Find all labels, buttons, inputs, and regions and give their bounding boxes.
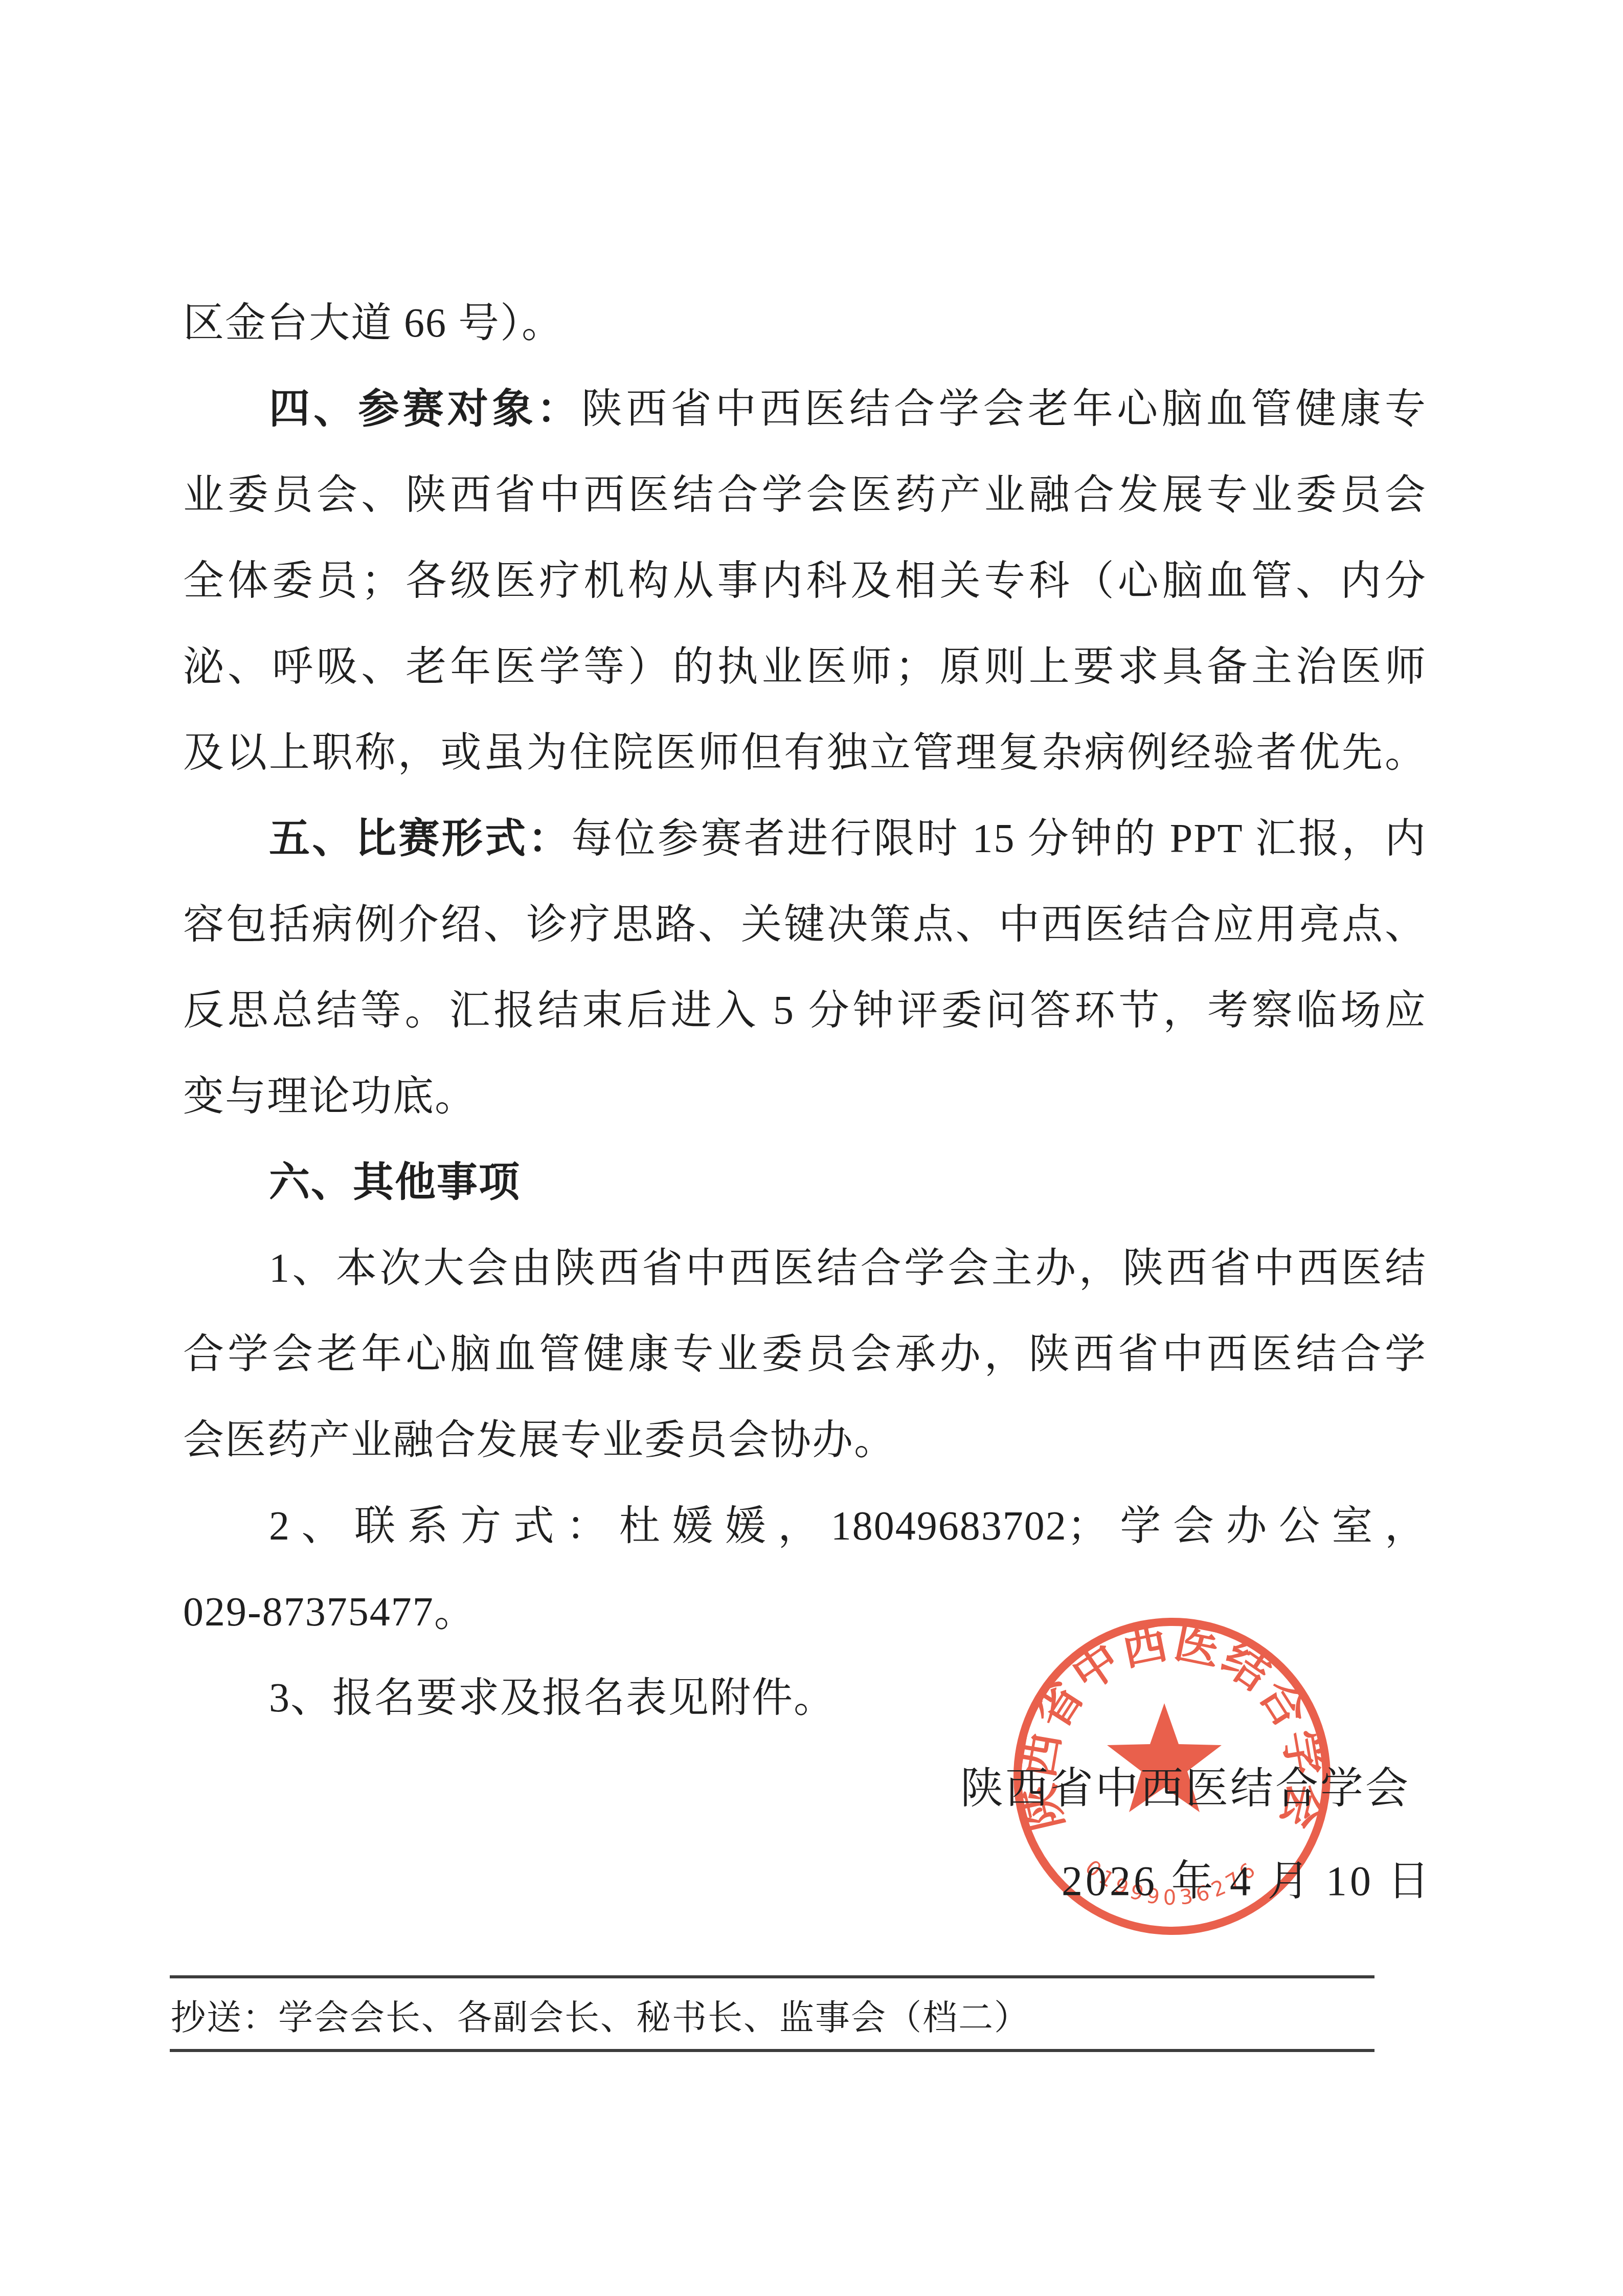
- line-text: 变与理论功底。: [183, 1074, 477, 1119]
- line-text: 全体委员；各级医疗机构从事内科及相关专科（心脑血管、内分: [183, 559, 1427, 604]
- line-text: 区金台大道 66 号）。: [183, 301, 563, 346]
- body-line: 六、其他事项: [183, 1140, 1427, 1225]
- body-line: 容包括病例介绍、诊疗思路、关键决策点、中西医结合应用亮点、: [183, 882, 1427, 968]
- line-text: 2、联系方式：杜媛媛，18049683702；学会办公室，: [269, 1504, 1427, 1549]
- body-line: 会医药产业融合发展专业委员会协办。: [183, 1397, 1427, 1483]
- body-line: 泌、呼吸、老年医学等）的执业医师；原则上要求具备主治医师: [183, 624, 1427, 710]
- section-heading: 六、其他事项: [269, 1160, 521, 1205]
- body-line: 业委员会、陕西省中西医结合学会医药产业融合发展专业委员会: [183, 452, 1427, 538]
- body-line: 区金台大道 66 号）。: [183, 280, 1427, 366]
- body-line: 反思总结等。汇报结束后进入 5 分钟评委问答环节，考察临场应: [183, 968, 1427, 1054]
- footer-divider-top: [170, 1975, 1374, 1978]
- line-text: 泌、呼吸、老年医学等）的执业医师；原则上要求具备主治医师: [183, 644, 1427, 689]
- body-line: 合学会老年心脑血管健康专业委员会承办，陕西省中西医结合学: [183, 1311, 1427, 1397]
- body-line: 四、参赛对象：陕西省中西医结合学会老年心脑血管健康专: [183, 366, 1427, 452]
- signature-org: 陕西省中西医结合学会: [960, 1764, 1410, 1815]
- line-text: 029-87375477。: [183, 1590, 476, 1635]
- body-line: 及以上职称，或虽为住院医师但有独立管理复杂病例经验者优先。: [183, 710, 1427, 796]
- line-text: 每位参赛者进行限时 15 分钟的 PPT 汇报，内: [571, 816, 1427, 861]
- line-text: 反思总结等。汇报结束后进入 5 分钟评委问答环节，考察临场应: [183, 988, 1427, 1033]
- signature-date: 2026 年 4 月 10 日: [1062, 1856, 1433, 1907]
- line-text: 会医药产业融合发展专业委员会协办。: [183, 1418, 896, 1463]
- document-page: 区金台大道 66 号）。 四、参赛对象：陕西省中西医结合学会老年心脑血管健康专 …: [0, 0, 1623, 2296]
- section-heading: 五、比赛形式：: [269, 816, 571, 861]
- body-line: 2、联系方式：杜媛媛，18049683702；学会办公室，: [183, 1483, 1427, 1569]
- footer-cc-line: 抄送：学会会长、各副会长、秘书长、监事会（档二）: [171, 1990, 1030, 2046]
- line-text: 1、本次大会由陕西省中西医结合学会主办，陕西省中西医结: [269, 1246, 1427, 1291]
- body-line: 1、本次大会由陕西省中西医结合学会主办，陕西省中西医结: [183, 1225, 1427, 1311]
- section-heading: 四、参赛对象：: [269, 387, 581, 432]
- line-text: 容包括病例介绍、诊疗思路、关键决策点、中西医结合应用亮点、: [183, 902, 1427, 947]
- line-text: 3、报名要求及报名表见附件。: [269, 1676, 836, 1721]
- body-line: 全体委员；各级医疗机构从事内科及相关专科（心脑血管、内分: [183, 538, 1427, 624]
- document-body: 区金台大道 66 号）。 四、参赛对象：陕西省中西医结合学会老年心脑血管健康专 …: [183, 280, 1427, 1741]
- line-text: 及以上职称，或虽为住院医师但有独立管理复杂病例经验者优先。: [183, 730, 1427, 775]
- line-text: 业委员会、陕西省中西医结合学会医药产业融合发展专业委员会: [183, 473, 1427, 518]
- line-text: 合学会老年心脑血管健康专业委员会承办，陕西省中西医结合学: [183, 1332, 1427, 1377]
- body-line: 五、比赛形式：每位参赛者进行限时 15 分钟的 PPT 汇报，内: [183, 796, 1427, 882]
- line-text: 陕西省中西医结合学会老年心脑血管健康专: [581, 387, 1427, 432]
- body-line: 变与理论功底。: [183, 1054, 1427, 1140]
- footer-divider-bottom: [170, 2049, 1374, 2052]
